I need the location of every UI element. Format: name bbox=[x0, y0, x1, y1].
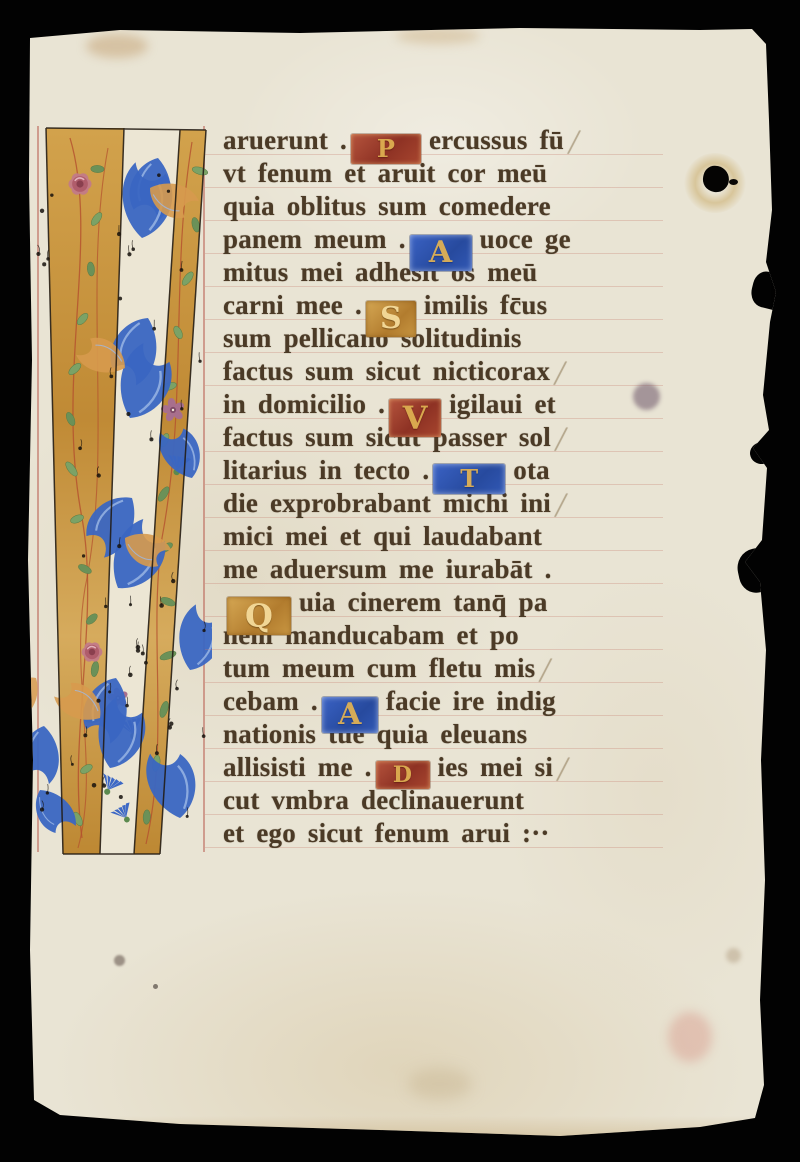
line-text: in domicilio . bbox=[223, 389, 385, 419]
illuminated-initial-V: V bbox=[389, 399, 441, 437]
edge-notch-2 bbox=[749, 440, 776, 465]
manuscript-line-22: et ego sicut fenum arui :·· bbox=[223, 817, 663, 850]
manuscript-line-1: aruerunt .Percussus fū╱ bbox=[223, 124, 663, 157]
line-text: factus sum sicut nicticorax bbox=[223, 356, 550, 386]
line-text: factus sum sicut passer sol bbox=[223, 422, 551, 452]
illuminated-border bbox=[30, 118, 212, 866]
manuscript-line-4: panem meum .Auoce ge bbox=[223, 223, 663, 256]
manuscript-line-9: in domicilio .Vigilaui et bbox=[223, 388, 663, 421]
stain-top-left bbox=[86, 34, 148, 58]
line-text: igilaui et bbox=[449, 389, 556, 419]
manuscript-line-15: Quia cinerem tanq̄ pa bbox=[223, 586, 663, 619]
line-text: uoce ge bbox=[480, 224, 571, 254]
manuscript-photo: aruerunt .Percussus fū╱vt fenum et aruit… bbox=[0, 0, 800, 1162]
pen-flourish: ╱ bbox=[555, 429, 567, 451]
stain-bottom-blotch bbox=[408, 1068, 472, 1100]
manuscript-line-20: allisisti me .Dies mei si╱ bbox=[223, 751, 663, 784]
manuscript-line-18: cebam .Afacie ire indig bbox=[223, 685, 663, 718]
line-text: aruerunt . bbox=[223, 125, 347, 155]
manuscript-line-19: nationis tue quia eleuans bbox=[223, 718, 663, 751]
line-text: litarius in tecto . bbox=[223, 455, 429, 485]
line-text: mitus mei adhesit os meū bbox=[223, 257, 537, 287]
parchment-page: aruerunt .Percussus fū╱vt fenum et aruit… bbox=[0, 0, 800, 1162]
manuscript-line-2: vt fenum et aruit cor meū bbox=[223, 157, 663, 190]
line-text: et ego sicut fenum arui :·· bbox=[223, 818, 550, 848]
stain-dot-1 bbox=[114, 955, 125, 966]
line-text: imilis fc̄us bbox=[424, 290, 547, 320]
manuscript-line-21: cut vmbra declinauerunt bbox=[223, 784, 663, 817]
illuminated-initial-A: A bbox=[410, 235, 472, 271]
pen-flourish: ╱ bbox=[539, 660, 551, 682]
line-text: me aduersum me iurabāt . bbox=[223, 554, 552, 584]
line-text: ota bbox=[513, 455, 550, 485]
pen-flourish: ╱ bbox=[557, 759, 569, 781]
manuscript-line-13: mici mei et qui laudabant bbox=[223, 520, 663, 553]
stain-dot-2 bbox=[153, 984, 158, 989]
manuscript-line-17: tum meum cum fletu mis╱ bbox=[223, 652, 663, 685]
illuminated-initial-Q: Q bbox=[227, 597, 291, 635]
pen-flourish: ╱ bbox=[554, 363, 566, 385]
line-text: mici mei et qui laudabant bbox=[223, 521, 542, 551]
stain-pink-bottom bbox=[668, 1012, 712, 1062]
line-text: carni mee . bbox=[223, 290, 362, 320]
stain-top-mid bbox=[396, 28, 480, 44]
line-text: cebam . bbox=[223, 686, 318, 716]
manuscript-line-8: factus sum sicut nicticorax╱ bbox=[223, 355, 663, 388]
illuminated-initial-P: P bbox=[351, 134, 421, 164]
text-block: aruerunt .Percussus fū╱vt fenum et aruit… bbox=[205, 124, 663, 858]
illuminated-initial-D: D bbox=[376, 761, 430, 789]
illuminated-initial-T: T bbox=[433, 464, 505, 494]
manuscript-line-3: quia oblitus sum comedere bbox=[223, 190, 663, 223]
illuminated-initial-S: S bbox=[366, 301, 416, 337]
manuscript-line-7: sum pellicano solitudinis bbox=[223, 322, 663, 355]
stain-right-small bbox=[726, 948, 741, 963]
manuscript-line-10: factus sum sicut passer sol╱ bbox=[223, 421, 663, 454]
line-text: ercussus fū bbox=[429, 125, 564, 155]
manuscript-line-14: me aduersum me iurabāt . bbox=[223, 553, 663, 586]
line-text: tum meum cum fletu mis bbox=[223, 653, 535, 683]
manuscript-line-6: carni mee .Similis fc̄us bbox=[223, 289, 663, 322]
line-text: facie ire indig bbox=[386, 686, 556, 716]
manuscript-line-11: litarius in tecto .Tota bbox=[223, 454, 663, 487]
line-text: ies mei si bbox=[438, 752, 553, 782]
wormhole-crack bbox=[729, 179, 738, 185]
illuminated-initial-A: A bbox=[322, 697, 378, 733]
line-text: cut vmbra declinauerunt bbox=[223, 785, 524, 815]
line-text: quia oblitus sum comedere bbox=[223, 191, 551, 221]
line-text: uia cinerem tanq̄ pa bbox=[299, 587, 548, 617]
edge-notch-3 bbox=[734, 544, 784, 596]
pen-flourish: ╱ bbox=[568, 132, 580, 154]
line-text: panem meum . bbox=[223, 224, 406, 254]
line-text: allisisti me . bbox=[223, 752, 372, 782]
pen-flourish: ╱ bbox=[555, 495, 567, 517]
edge-notch-1 bbox=[748, 269, 786, 311]
